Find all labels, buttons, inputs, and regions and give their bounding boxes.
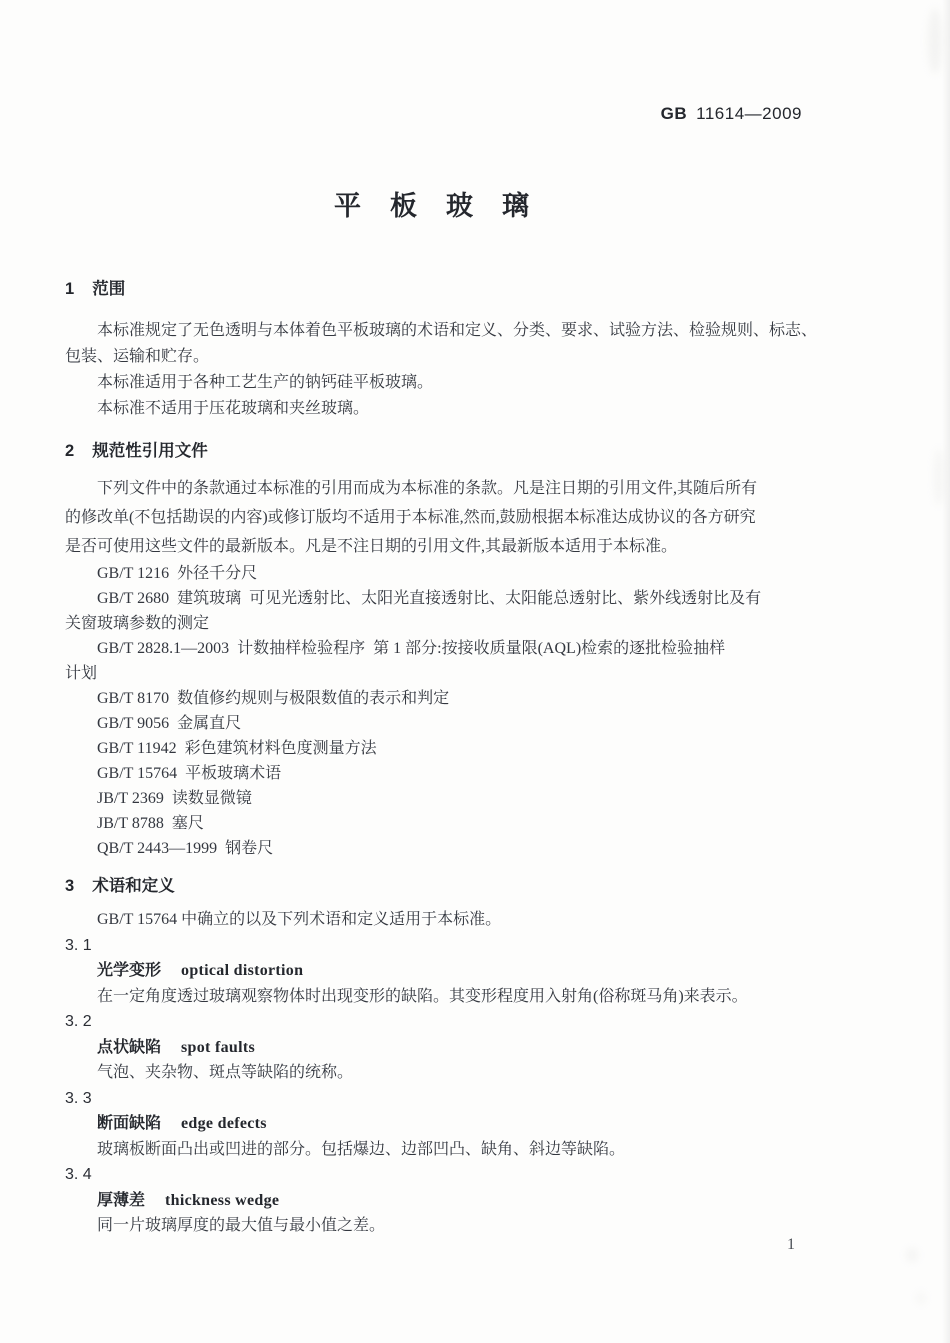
section-3-body: GB/T 15764 中确立的以及下列术语和定义适用于本标准。 3. 1 光学变… — [65, 907, 825, 1239]
term-name-zh: 光学变形 — [97, 962, 161, 979]
term-number: 3. 3 — [65, 1086, 825, 1112]
reference-line: QB/T 2443—1999 钢卷尺 — [65, 836, 825, 861]
paragraph-line: 本标准适用于各种工艺生产的钠钙硅平板玻璃。 — [65, 370, 825, 396]
paragraph-line: 的修改单(不包括勘误的内容)或修订版均不适用于本标准,然而,鼓励根据本标准达成协… — [65, 503, 825, 532]
reference-line: GB/T 9056 金属直尺 — [65, 711, 825, 736]
term-name-zh: 点状缺陷 — [97, 1039, 161, 1056]
term-name-zh: 断面缺陷 — [97, 1115, 161, 1132]
section-title: 术语和定义 — [92, 877, 175, 895]
term-name: 厚薄差thickness wedge — [65, 1188, 825, 1214]
paragraph-line: GB/T 15764 中确立的以及下列术语和定义适用于本标准。 — [65, 907, 825, 933]
section-2-intro: 下列文件中的条款通过本标准的引用而成为本标准的条款。凡是注日期的引用文件,其随后… — [65, 474, 825, 561]
standard-code: GB11614—2009 — [661, 104, 802, 124]
section-1-heading: 1范围 — [65, 276, 825, 302]
term-number: 3. 2 — [65, 1009, 825, 1035]
reference-line: GB/T 2828.1—2003 计数抽样检验程序 第 1 部分:按接收质量限(… — [65, 636, 825, 661]
term-number: 3. 4 — [65, 1162, 825, 1188]
scan-artifact — [916, 1292, 926, 1304]
section-3-heading: 3术语和定义 — [65, 873, 825, 899]
section-number: 2 — [65, 442, 74, 460]
scan-artifact — [928, 8, 942, 74]
section-title: 规范性引用文件 — [92, 442, 208, 460]
standard-number: 11614—2009 — [696, 104, 802, 123]
document-body: 1范围 本标准规定了无色透明与本体着色平板玻璃的术语和定义、分类、要求、试验方法… — [65, 276, 825, 1239]
reference-line: GB/T 2680 建筑玻璃 可见光透射比、太阳光直接透射比、太阳能总透射比、紫… — [65, 586, 825, 611]
term-number: 3. 1 — [65, 933, 825, 959]
term-block: 3. 4 厚薄差thickness wedge 同一片玻璃厚度的最大值与最小值之… — [65, 1162, 825, 1239]
page-number: 1 — [787, 1236, 795, 1254]
scan-artifact — [906, 1248, 918, 1262]
term-name-zh: 厚薄差 — [97, 1192, 145, 1209]
reference-line: 关窗玻璃参数的测定 — [65, 611, 825, 636]
term-name-en: spot faults — [181, 1039, 255, 1056]
reference-line: JB/T 2369 读数显微镜 — [65, 786, 825, 811]
document-title: 平板玻璃 — [334, 184, 558, 223]
term-block: 3. 1 光学变形optical distortion 在一定角度透过玻璃观察物… — [65, 933, 825, 1010]
reference-line: GB/T 11942 彩色建筑材料色度测量方法 — [65, 736, 825, 761]
scan-edge-shadow — [942, 0, 950, 1343]
reference-line: 计划 — [65, 661, 825, 686]
normative-references-list: GB/T 1216 外径千分尺 GB/T 2680 建筑玻璃 可见光透射比、太阳… — [65, 561, 825, 861]
reference-line: GB/T 1216 外径千分尺 — [65, 561, 825, 586]
term-definition: 玻璃板断面凸出或凹进的部分。包括爆边、边部凹凸、缺角、斜边等缺陷。 — [65, 1137, 825, 1163]
term-name-en: edge defects — [181, 1115, 267, 1132]
term-name: 光学变形optical distortion — [65, 958, 825, 984]
document-page: GB11614—2009 平板玻璃 1范围 本标准规定了无色透明与本体着色平板玻… — [0, 0, 950, 1343]
term-name: 断面缺陷edge defects — [65, 1111, 825, 1137]
paragraph-line: 是否可使用这些文件的最新版本。凡是不注日期的引用文件,其最新版本适用于本标准。 — [65, 532, 825, 561]
section-title: 范围 — [92, 280, 125, 298]
term-definition: 同一片玻璃厚度的最大值与最小值之差。 — [65, 1213, 825, 1239]
section-2-heading: 2规范性引用文件 — [65, 438, 825, 464]
paragraph-line: 包装、运输和贮存。 — [65, 344, 825, 370]
term-name: 点状缺陷spot faults — [65, 1035, 825, 1061]
paragraph-line: 下列文件中的条款通过本标准的引用而成为本标准的条款。凡是注日期的引用文件,其随后… — [65, 474, 825, 503]
reference-line: JB/T 8788 塞尺 — [65, 811, 825, 836]
paragraph-line: 本标准规定了无色透明与本体着色平板玻璃的术语和定义、分类、要求、试验方法、检验规… — [65, 318, 825, 344]
standard-org-label: GB — [661, 104, 688, 123]
term-name-en: thickness wedge — [165, 1192, 279, 1209]
term-definition: 气泡、夹杂物、斑点等缺陷的统称。 — [65, 1060, 825, 1086]
section-number: 3 — [65, 877, 74, 895]
term-block: 3. 3 断面缺陷edge defects 玻璃板断面凸出或凹进的部分。包括爆边… — [65, 1086, 825, 1163]
reference-line: GB/T 8170 数值修约规则与极限数值的表示和判定 — [65, 686, 825, 711]
term-definition: 在一定角度透过玻璃观察物体时出现变形的缺陷。其变形程度用入射角(俗称斑马角)来表… — [65, 984, 825, 1010]
section-number: 1 — [65, 280, 74, 298]
term-block: 3. 2 点状缺陷spot faults 气泡、夹杂物、斑点等缺陷的统称。 — [65, 1009, 825, 1086]
term-name-en: optical distortion — [181, 962, 303, 979]
reference-line: GB/T 15764 平板玻璃术语 — [65, 761, 825, 786]
paragraph-line: 本标准不适用于压花玻璃和夹丝玻璃。 — [65, 396, 825, 422]
section-1-body: 本标准规定了无色透明与本体着色平板玻璃的术语和定义、分类、要求、试验方法、检验规… — [65, 318, 825, 422]
